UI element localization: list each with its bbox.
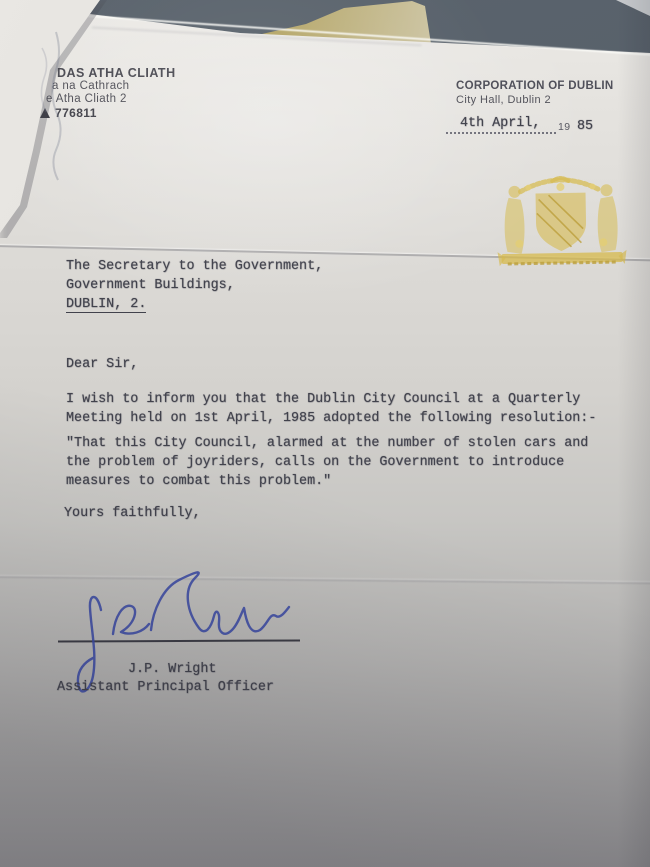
letterhead-address: City Hall, Dublin 2	[456, 94, 551, 106]
signatory-title: Assistant Principal Officer	[57, 678, 274, 697]
faint-handwriting-on-folded-page	[4, 18, 84, 223]
recipient-line-2: Government Buildings,	[66, 276, 235, 295]
date-year-printed: 19	[558, 121, 570, 133]
closing: Yours faithfully,	[64, 504, 201, 523]
recipient-line-1: The Secretary to the Government,	[66, 257, 323, 276]
salutation: Dear Sir,	[66, 355, 138, 374]
date-year-typed: 85	[577, 117, 593, 136]
photo-of-letter: DAS ATHA CLIATH a na Cathrach e Atha Cli…	[0, 0, 650, 867]
recipient-line-3: DUBLIN, 2.	[66, 295, 146, 314]
body-paragraph-1: I wish to inform you that the Dublin Cit…	[66, 390, 596, 428]
date-typed: 4th April,	[460, 114, 540, 133]
letterhead-organisation: CORPORATION OF DUBLIN	[456, 80, 614, 92]
body-paragraph-2-resolution: "That this City Council, alarmed at the …	[66, 434, 588, 491]
recipient-city-underlined: DUBLIN, 2.	[66, 297, 146, 313]
dublin-coat-of-arms-seal-icon	[488, 166, 635, 276]
signatory-name: J.P. Wright	[128, 660, 216, 679]
